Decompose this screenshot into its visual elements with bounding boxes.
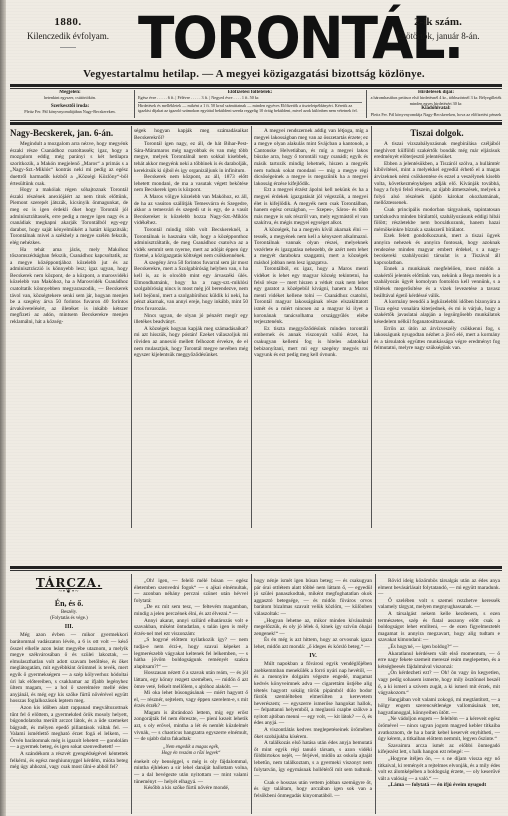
paragraph: ségek hogyan kapják meg számadásaikat Be…: [134, 128, 248, 141]
paragraph: Szavaimra arcza ismét az előbbi önmegadó…: [378, 743, 500, 756]
paragraph: hogy nénje ismét igen búsan beteg; — és …: [254, 578, 372, 618]
paragraph: Becskerek nem központ, az áll, 1873 előt…: [134, 174, 248, 194]
issue-date: Csötörtök, január 8-án.: [382, 31, 494, 41]
paragraph: „Ön kérdezheti ezt? — Oh! ön vagy ön keg…: [378, 670, 500, 696]
paragraph: A községek hogyan kapják meg számadásaik…: [134, 326, 248, 359]
newspaper-page: 1880. Kilenczedik évfolyam. TORONTÁL. 2-…: [0, 0, 508, 816]
paragraph: „És hogyné, — igen boldog?“ —: [378, 644, 500, 651]
article-middle: ségek hogyan kapják meg számadásaikat Be…: [134, 128, 248, 526]
newspaper-title: TORONTÁL.: [138, 8, 368, 68]
paragraph: Magam is ábrándozó lettem, míg egy erőst…: [134, 710, 248, 743]
article-headline: Nagy-Becskerek, jan. 6-án.: [10, 128, 128, 139]
info-subscription: Előfizetési föltételek: Egész évre . . .…: [138, 90, 362, 118]
paragraph: Még azon évben — mikor gyermekkori barát…: [10, 632, 128, 705]
tarcza-column-4: Rövid ideig közömbös társalgás után az é…: [378, 578, 500, 812]
paragraph: A szegény árva 50 forintos fuvarral sem …: [134, 260, 248, 313]
paragraph: Ő szelében volt s szemei rezzhetve keres…: [378, 598, 500, 611]
paragraph: Csak principális modorban tárgyalunk, ta…: [374, 207, 500, 233]
masthead: 1880. Kilenczedik évfolyam. TORONTÁL. 2-…: [0, 0, 508, 82]
paragraph: Hosszasan nézett ő a szavak után reám, —…: [134, 670, 248, 690]
tarcza-column-2: „Oh! igen, — felelő mélé búsan — egész é…: [134, 578, 248, 812]
paragraph: A megyei rendszernek addig van létjoga, …: [254, 128, 368, 187]
info-text: a háromhasábos petitsor első hirdetésnél…: [370, 95, 502, 106]
paragraph: „S hogyné előttem nyilatkozik így? — nem…: [134, 637, 248, 670]
column-divider: [371, 126, 372, 528]
paragraph: Annyi akarat, annyi szilárd elhatározás …: [134, 618, 248, 638]
divider: [10, 120, 502, 121]
divider: [60, 47, 76, 48]
paragraph: „Hogyan lehetne az, mikor minden kívánal…: [254, 618, 372, 638]
column-divider: [131, 574, 132, 814]
paragraph: „Ne vádoljon engem — feleltém — a kéreve…: [378, 716, 500, 742]
paragraph: „De ez mit sem tesz, — feltevém magamban…: [134, 604, 248, 617]
info-prices: Egész évre . . . . . 6 ft. | Félévre . .…: [138, 95, 362, 100]
paragraph: „Oh! igen, — felelő mélé búsan — egész é…: [134, 578, 248, 604]
paragraph: Torontál igen nagy, ez áll, de hát Bihar…: [134, 141, 248, 174]
paragraph: Errőn az útón az árvízveszély csökkenni …: [374, 326, 500, 352]
paragraph: És én még is azt hittem, hogy az orvosna…: [254, 637, 372, 650]
paragraph: Ebben a jelentésükben, a Tiszáról szólva…: [374, 161, 500, 207]
story-title: Én, és ő.: [10, 601, 128, 608]
subscription-infobox: Megjelen: hetenkint egyszer, csütörtökön…: [10, 90, 502, 118]
divider: [10, 122, 502, 125]
paragraph: Mi oka lehet búsongásának — miért hagyot…: [134, 690, 248, 710]
paragraph: Csak e hosszas után vettem jobban szemüg…: [254, 780, 372, 800]
divider: [366, 90, 367, 118]
year: 1880.: [18, 16, 118, 28]
verse-quote: „Nem engedik a magas egék, Hogy én reszá…: [134, 745, 248, 757]
part-number: III.: [10, 624, 128, 631]
section-divider: [10, 566, 502, 569]
masthead-right: 2-ik szám. Csötörtök, január 8-án.: [382, 16, 494, 41]
divider: [134, 90, 135, 118]
issue-number: 2-ik szám.: [382, 16, 494, 28]
paragraph: A társalgást nekem kelle kezdenem, s eze…: [378, 611, 500, 644]
ornament-icon: ~•❦•~: [10, 589, 128, 596]
column-divider: [375, 574, 376, 814]
paragraph: Azon kis időben alatt rappanad megváltoz…: [10, 705, 128, 751]
paragraph: A kormány teendői a legközelebbi időben …: [374, 299, 500, 325]
section-divider: [10, 570, 502, 571]
paragraph: Akaratlanul kérdésem vált első momentum,…: [378, 651, 500, 671]
paragraph: Torontálból, ez igaz, hogy a Maros menti…: [254, 266, 368, 325]
tarcza-column-3: hogy nénje ismét igen búsan beteg; — és …: [254, 578, 372, 812]
column-divider: [251, 126, 252, 528]
paragraph: „Láma — folytatá — én ifjú éveim nyugodt: [378, 782, 500, 789]
paragraph: A találkozás első hatása után édes anyja…: [254, 740, 372, 780]
column-divider: [251, 574, 252, 814]
info-text: Pleitz Fer. Pál könyvnyomdája Nagy-Becsk…: [370, 112, 502, 118]
scan-binding-edge: [0, 0, 6, 816]
paragraph: énekelt oly benséggel, s még is oly fájd…: [134, 759, 248, 785]
paragraph: A községek, ha a megyén kívül akarnak él…: [254, 227, 368, 267]
paragraph: A Maros völgye közelebb van Makóhoz, ez …: [134, 194, 248, 227]
paragraph: Megindult a mozgalom arra nézve, hogy me…: [10, 141, 128, 187]
info-text: Hirdetések és mellékletek — miként a 1 f…: [138, 102, 362, 114]
paragraph: Múlt napokban a fővárosi egyik vendéglőj…: [254, 661, 372, 727]
paragraph: Később a kis szőke fürtű nővére mondé,: [134, 785, 248, 792]
paragraph: A szándékom a részvét gyengédségével kén…: [10, 751, 128, 771]
volume: Kilenczedik évfolyam.: [18, 31, 118, 41]
section-title: TÁRCZA.: [10, 580, 128, 587]
paragraph: Ezek felett gondolkozzunk, mert a tiszai…: [374, 233, 500, 266]
paragraph: Rövid ideig közömbös társalgás után az é…: [378, 578, 500, 598]
masthead-left: 1880. Kilenczedik évfolyam.: [18, 16, 118, 48]
paragraph: Torontál mindig több volt Becskereknél, …: [134, 227, 248, 260]
paragraph: Ezt a megyei érzést ápolni kell nekünk é…: [254, 187, 368, 227]
paragraph: Hangjában volt valami zokogó, mi megtánt…: [378, 697, 500, 717]
article-county-system: A megyei rendszernek addig van létjoga, …: [254, 128, 368, 526]
paragraph: Ez tiszta meggyőződésünk minden torontál…: [254, 326, 368, 359]
tarcza-column-1: TÁRCZA. ~•❦•~ Én, és ő. Beszély. (Folyta…: [10, 576, 128, 812]
part-number: IV.: [254, 653, 372, 660]
info-publication: Megjelen: hetenkint egyszer, csütörtökön…: [10, 90, 130, 118]
divider: [10, 84, 502, 87]
info-text: hetenkint egyszer, csütörtökön.: [10, 95, 130, 100]
paragraph: A tiszai vizszabályozásnak megbirálása c…: [374, 141, 500, 161]
paragraph: A viszontlátás kedves meglepetéseinek ör…: [254, 727, 372, 740]
divider: [10, 88, 502, 89]
paragraph: „Hogyne ítéljen ön, — s ne díjam vissza …: [378, 756, 500, 782]
masthead-subtitle: Vegyestartalmu hetilap. — A megyei közig…: [0, 68, 508, 80]
paragraph: Ha tehát ama járás, mely Makóhoz tőszoms…: [10, 247, 128, 326]
column-divider: [131, 126, 132, 528]
paragraph: Nincs ugyan, de olyan jó pénzért megír e…: [134, 313, 248, 326]
article-headline: Tiszai dolgok.: [374, 128, 500, 139]
info-text: Pleitz Fer. Pál könyvnyomdájában Nagy-Be…: [10, 109, 130, 114]
article-tiszai-dolgok: Tiszai dolgok. A tiszai vizszabályozásna…: [374, 128, 500, 526]
paragraph: Hogy a makóiak régen sóhajtoznak Torontá…: [10, 187, 128, 246]
story-note: (Folytatás és vége.): [10, 616, 128, 622]
article-nagybecskerek: Nagy-Becskerek, jan. 6-án. Megindult a m…: [10, 128, 128, 526]
info-advertising: Hirdetések díjai: a háromhasábos petitso…: [370, 90, 502, 118]
paragraph: Ennek a munkának megfelelően, most midőn…: [374, 266, 500, 299]
